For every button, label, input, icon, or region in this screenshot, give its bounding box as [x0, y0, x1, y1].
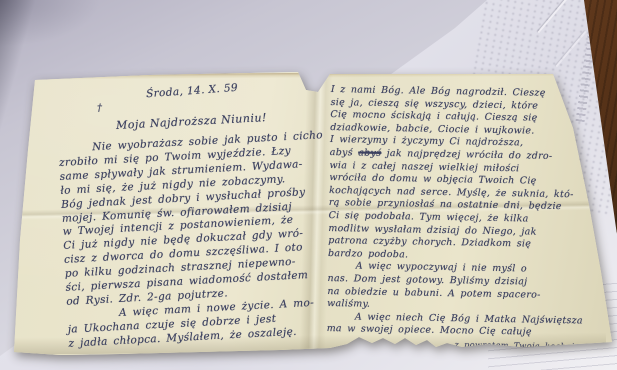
word: abyś — [330, 147, 359, 158]
letter-shadow-wrap: † Środa, 14. X. 59 Moja Najdroższa Niuni… — [0, 0, 617, 370]
line-remainder: jak najprędzej wróciła do zdro- — [381, 148, 552, 162]
date-line: Środa, 14. X. 59 — [146, 82, 239, 100]
signature-line: z powrotem Twoja kochająca — [454, 338, 592, 353]
photo-of-handwritten-letter: † Środa, 14. X. 59 Moja Najdroższa Niuni… — [0, 0, 617, 370]
cross-mark: † — [97, 103, 102, 114]
crossed-out-word: abyś — [358, 147, 381, 158]
letter-top-edge — [30, 71, 555, 80]
letter-paper: † Środa, 14. X. 59 Moja Najdroższa Niuni… — [0, 0, 617, 370]
handwriting-right-column: I z nami Bóg. Ale Bóg nagrodził. Cieszę … — [326, 84, 597, 353]
salutation: Moja Najdroższa Niuniu! — [116, 111, 267, 132]
handwriting-left-column: Nie wyobrażasz sobie jak pusto i cicho z… — [58, 130, 321, 351]
